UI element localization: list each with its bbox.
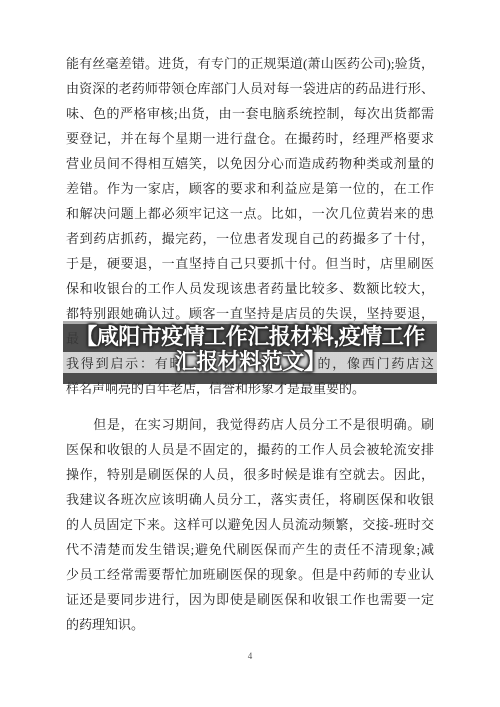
text-line: 的人员固定下来。这样可以避免因人员流动频繁，交接-班时交 [66, 512, 434, 537]
text-line: 样名声响亮的百年老店，信誉和形象才是最重要的。 [66, 376, 434, 401]
document-page: 能有丝毫差错。进货，有专门的正规渠道(萧山医药公司);验货，由资深的老药师带领仓… [0, 0, 500, 707]
text-line: 要登记，并在每个星期一进行盘仓。在撮药时，经理严格要求 [66, 126, 434, 151]
text-line: 都特别跟她确认过。顾客一直坚持是店员的失误，坚持要退， [66, 301, 434, 326]
paragraph: 能有丝毫差错。进货，有专门的正规渠道(萧山医药公司);验货，由资深的老药师带领仓… [66, 51, 434, 401]
text-line: 最 [66, 326, 434, 351]
text-line: 我得到启示：有时 的，像西门药店这 [66, 351, 434, 376]
text-line: 证还是要同步进行，因为即使是刷医保和收银工作也需要一定 [66, 587, 434, 612]
paragraph: 但是，在实习期间，我觉得药店人员分工不是很明确。刷医保和收银的人员是不固定的，撮… [66, 412, 434, 637]
text-line: 能有丝毫差错。进货，有专门的正规渠道(萧山医药公司);验货， [66, 51, 434, 76]
text-line: 味、色的严格审核;出货，由一套电脑系统控制，每次出货都需 [66, 101, 434, 126]
text-line: 代不清楚而发生错误;避免代刷医保而产生的责任不清现象;减 [66, 537, 434, 562]
text-line: 的药理知识。 [66, 612, 434, 637]
text-line: 医保和收银的人员是不固定的，撮药的工作人员会被轮流安排 [66, 437, 434, 462]
text-line: 营业员间不得相互嬉笑，以免因分心而造成药物种类或剂量的 [66, 151, 434, 176]
document-text: 能有丝毫差错。进货，有专门的正规渠道(萧山医药公司);验货，由资深的老药师带领仓… [66, 51, 434, 637]
text-line: 于是，硬要退，一直坚持自己只要抓十付。但当时，店里刷医 [66, 251, 434, 276]
text-line: 和解决问题上都必须牢记这一点。比如，一次几位黄岩来的患 [66, 201, 434, 226]
page-number: 4 [0, 651, 500, 661]
text-line: 者到药店抓药，撮完药，一位患者发现自己的药撮多了十付， [66, 226, 434, 251]
text-line: 差错。作为一家店，顾客的要求和利益应是第一位的，在工作 [66, 176, 434, 201]
text-line: 少员工经常需要帮忙加班刷医保的现象。但是中药师的专业认 [66, 562, 434, 587]
text-line: 我建议各班次应该明确人员分工，落实责任，将刷医保和收银 [66, 487, 434, 512]
text-line: 保和收银台的工作人员发现该患者药量比较多、数额比较大， [66, 276, 434, 301]
text-line: 但是，在实习期间，我觉得药店人员分工不是很明确。刷 [66, 412, 434, 437]
text-line: 操作，特别是刷医保的人员，很多时候是谁有空就去。因此， [66, 462, 434, 487]
text-line: 由资深的老药师带领仓库部门人员对每一袋进店的药品进行形、 [66, 76, 434, 101]
